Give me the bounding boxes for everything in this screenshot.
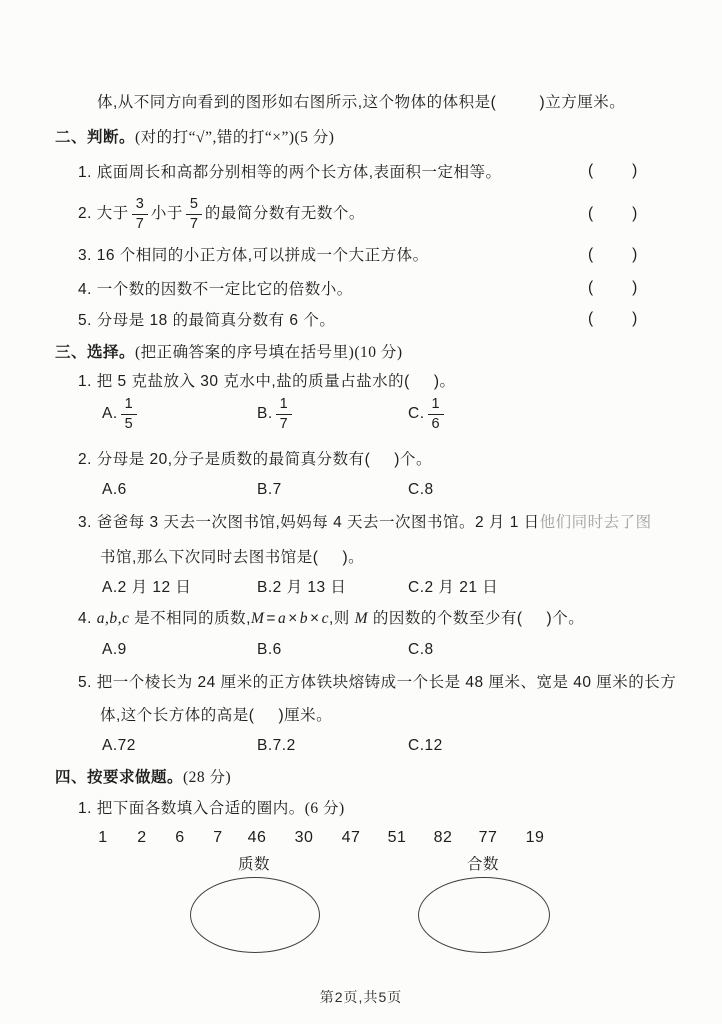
- number-item: 82: [434, 828, 453, 848]
- option-b: B.7: [257, 480, 282, 500]
- q4-variables: a,b,c: [97, 610, 130, 627]
- choice-q1-text: 1. 把 5 克盐放入 30 克水中,盐的质量占盐水的( )。: [78, 372, 455, 392]
- choice-q4-options: A.9 B.6 C.8: [0, 640, 722, 660]
- choice-q3-line1-faint: 他们同时去了图: [540, 514, 652, 531]
- fraction-denominator: 7: [190, 215, 198, 232]
- number-item: 19: [526, 828, 545, 848]
- judge-note: (对的打“√”,错的打“×”)(5 分): [135, 129, 334, 146]
- number-item: 77: [479, 828, 498, 848]
- number-item: 47: [342, 828, 361, 848]
- fraction-denominator: 5: [125, 415, 133, 432]
- choice-title: 三、选择。: [55, 344, 135, 361]
- judge-section-heading: 二、判断。(对的打“√”,错的打“×”)(5 分): [55, 128, 334, 148]
- number-item: 46: [248, 828, 267, 848]
- fraction-numerator: 5: [186, 197, 202, 215]
- q4-number: 4.: [78, 610, 97, 627]
- option-c: C.8: [408, 640, 434, 660]
- number-item: 30: [295, 828, 314, 848]
- equals-sign: =: [266, 610, 276, 627]
- number-item: 51: [388, 828, 407, 848]
- judge-answer-bracket-1: ( ): [588, 161, 638, 181]
- prime-circle-label: 质数: [190, 855, 318, 875]
- task-note: (28 分): [183, 769, 231, 786]
- choice-q3-line1-main: 3. 爸爸每 3 天去一次图书馆,妈妈每 4 天去一次图书馆。2 月 1 日: [78, 514, 540, 531]
- fraction-1-6: 16: [428, 397, 444, 432]
- number-item: 7: [213, 828, 222, 848]
- option-a: A. 15: [102, 393, 140, 435]
- judge-item-2: 2. 大于 37 小于 57 的最简分数有无数个。: [78, 192, 365, 236]
- choice-q5-options: A.72 B.7.2 C.12: [0, 736, 722, 756]
- choice-q4-text: 4. a,b,c 是不相同的质数,M=a×b×c,则 M 的因数的个数至少有( …: [78, 609, 584, 629]
- composite-circle-label: 合数: [418, 855, 548, 875]
- q4-var-b: b: [300, 610, 308, 627]
- task-q1-points: (6 分): [305, 800, 345, 817]
- fraction-numerator: 3: [132, 197, 148, 215]
- option-b: B. 17: [257, 393, 295, 435]
- fraction-1-7: 17: [276, 397, 292, 432]
- prime-numbers-circle: [190, 877, 320, 953]
- choice-q2-text: 2. 分母是 20,分子是质数的最简真分数有( )个。: [78, 450, 432, 470]
- exam-page: 体,从不同方向看到的图形如右图所示,这个物体的体积是( )立方厘米。 二、判断。…: [0, 0, 722, 1024]
- task-title: 四、按要求做题。: [55, 769, 183, 786]
- fraction-1-5: 15: [121, 397, 137, 432]
- fraction-denominator: 7: [136, 215, 144, 232]
- number-item: 2: [137, 828, 146, 848]
- option-c: C.2 月 21 日: [408, 578, 498, 598]
- choice-q1-options: A. 15 B. 17 C. 16: [0, 393, 722, 435]
- option-c: C. 16: [408, 393, 447, 435]
- choice-q3-line1: 3. 爸爸每 3 天去一次图书馆,妈妈每 4 天去一次图书馆。2 月 1 日他们…: [78, 513, 652, 533]
- judge-item-2-pre: 2. 大于: [78, 204, 129, 224]
- choice-q2-options: A.6 B.7 C.8: [0, 480, 722, 500]
- intro-line: 体,从不同方向看到的图形如右图所示,这个物体的体积是( )立方厘米。: [97, 93, 625, 113]
- option-a: A.2 月 12 日: [102, 578, 191, 598]
- q4-text-3: 的因数的个数至少有( )个。: [368, 610, 584, 627]
- option-a: A.9: [102, 640, 127, 660]
- q4-var-M2: M: [355, 610, 368, 627]
- q4-text-1: 是不相同的质数,: [129, 610, 251, 627]
- option-c: C.8: [408, 480, 434, 500]
- option-b-label: B.: [257, 404, 273, 424]
- option-b: B.2 月 13 日: [257, 578, 346, 598]
- option-c: C.12: [408, 736, 443, 756]
- choice-q3-options: A.2 月 12 日 B.2 月 13 日 C.2 月 21 日: [0, 578, 722, 598]
- task-q1-numbers: 1 2 6 7 46 30 47 51 82 77 19: [0, 828, 722, 848]
- q4-text-2: ,则: [329, 610, 355, 627]
- judge-item-3: 3. 16 个相同的小正方体,可以拼成一个大正方体。: [78, 246, 429, 266]
- task-q1-text: 1. 把下面各数填入合适的圈内。(6 分): [78, 799, 345, 819]
- q4-var-a: a: [278, 610, 286, 627]
- option-b: B.6: [257, 640, 282, 660]
- choice-q5-line2: 体,这个长方体的高是( )厘米。: [100, 706, 332, 726]
- judge-item-1: 1. 底面周长和高都分别相等的两个长方体,表面积一定相等。: [78, 163, 502, 183]
- judge-item-4: 4. 一个数的因数不一定比它的倍数小。: [78, 280, 353, 300]
- fraction-numerator: 1: [121, 397, 137, 415]
- choice-section-heading: 三、选择。(把正确答案的序号填在括号里)(10 分): [55, 343, 403, 363]
- judge-answer-bracket-3: ( ): [588, 245, 638, 265]
- task-q1-main: 1. 把下面各数填入合适的圈内。: [78, 800, 305, 817]
- fraction-5-7: 57: [186, 197, 202, 232]
- fraction-denominator: 6: [432, 415, 440, 432]
- judge-item-5: 5. 分母是 18 的最简真分数有 6 个。: [78, 311, 335, 331]
- judge-title: 二、判断。: [55, 129, 135, 146]
- choice-q5-line1: 5. 把一个棱长为 24 厘米的正方体铁块熔铸成一个长是 48 厘米、宽是 40…: [78, 673, 676, 693]
- multiply-sign: ×: [310, 610, 320, 627]
- option-b: B.7.2: [257, 736, 296, 756]
- choice-q3-line2: 书馆,那么下次同时去图书馆是( )。: [100, 548, 364, 568]
- page-footer: 第2页,共5页: [0, 987, 722, 1007]
- option-a-label: A.: [102, 404, 118, 424]
- judge-answer-bracket-4: ( ): [588, 278, 638, 298]
- task-section-heading: 四、按要求做题。(28 分): [55, 768, 231, 788]
- q4-var-c: c: [322, 610, 329, 627]
- fraction-numerator: 1: [276, 397, 292, 415]
- multiply-sign: ×: [288, 610, 298, 627]
- fraction-numerator: 1: [428, 397, 444, 415]
- choice-note: (把正确答案的序号填在括号里)(10 分): [135, 344, 403, 361]
- judge-item-2-post: 的最简分数有无数个。: [205, 204, 365, 224]
- judge-item-2-mid: 小于: [151, 204, 183, 224]
- number-item: 1: [98, 828, 107, 848]
- composite-numbers-circle: [418, 877, 550, 953]
- option-a: A.6: [102, 480, 127, 500]
- option-c-label: C.: [408, 404, 425, 424]
- judge-answer-bracket-2: ( ): [588, 204, 638, 224]
- judge-answer-bracket-5: ( ): [588, 309, 638, 329]
- fraction-denominator: 7: [280, 415, 288, 432]
- number-item: 6: [175, 828, 184, 848]
- q4-var-M: M: [251, 610, 264, 627]
- fraction-3-7: 37: [132, 197, 148, 232]
- option-a: A.72: [102, 736, 136, 756]
